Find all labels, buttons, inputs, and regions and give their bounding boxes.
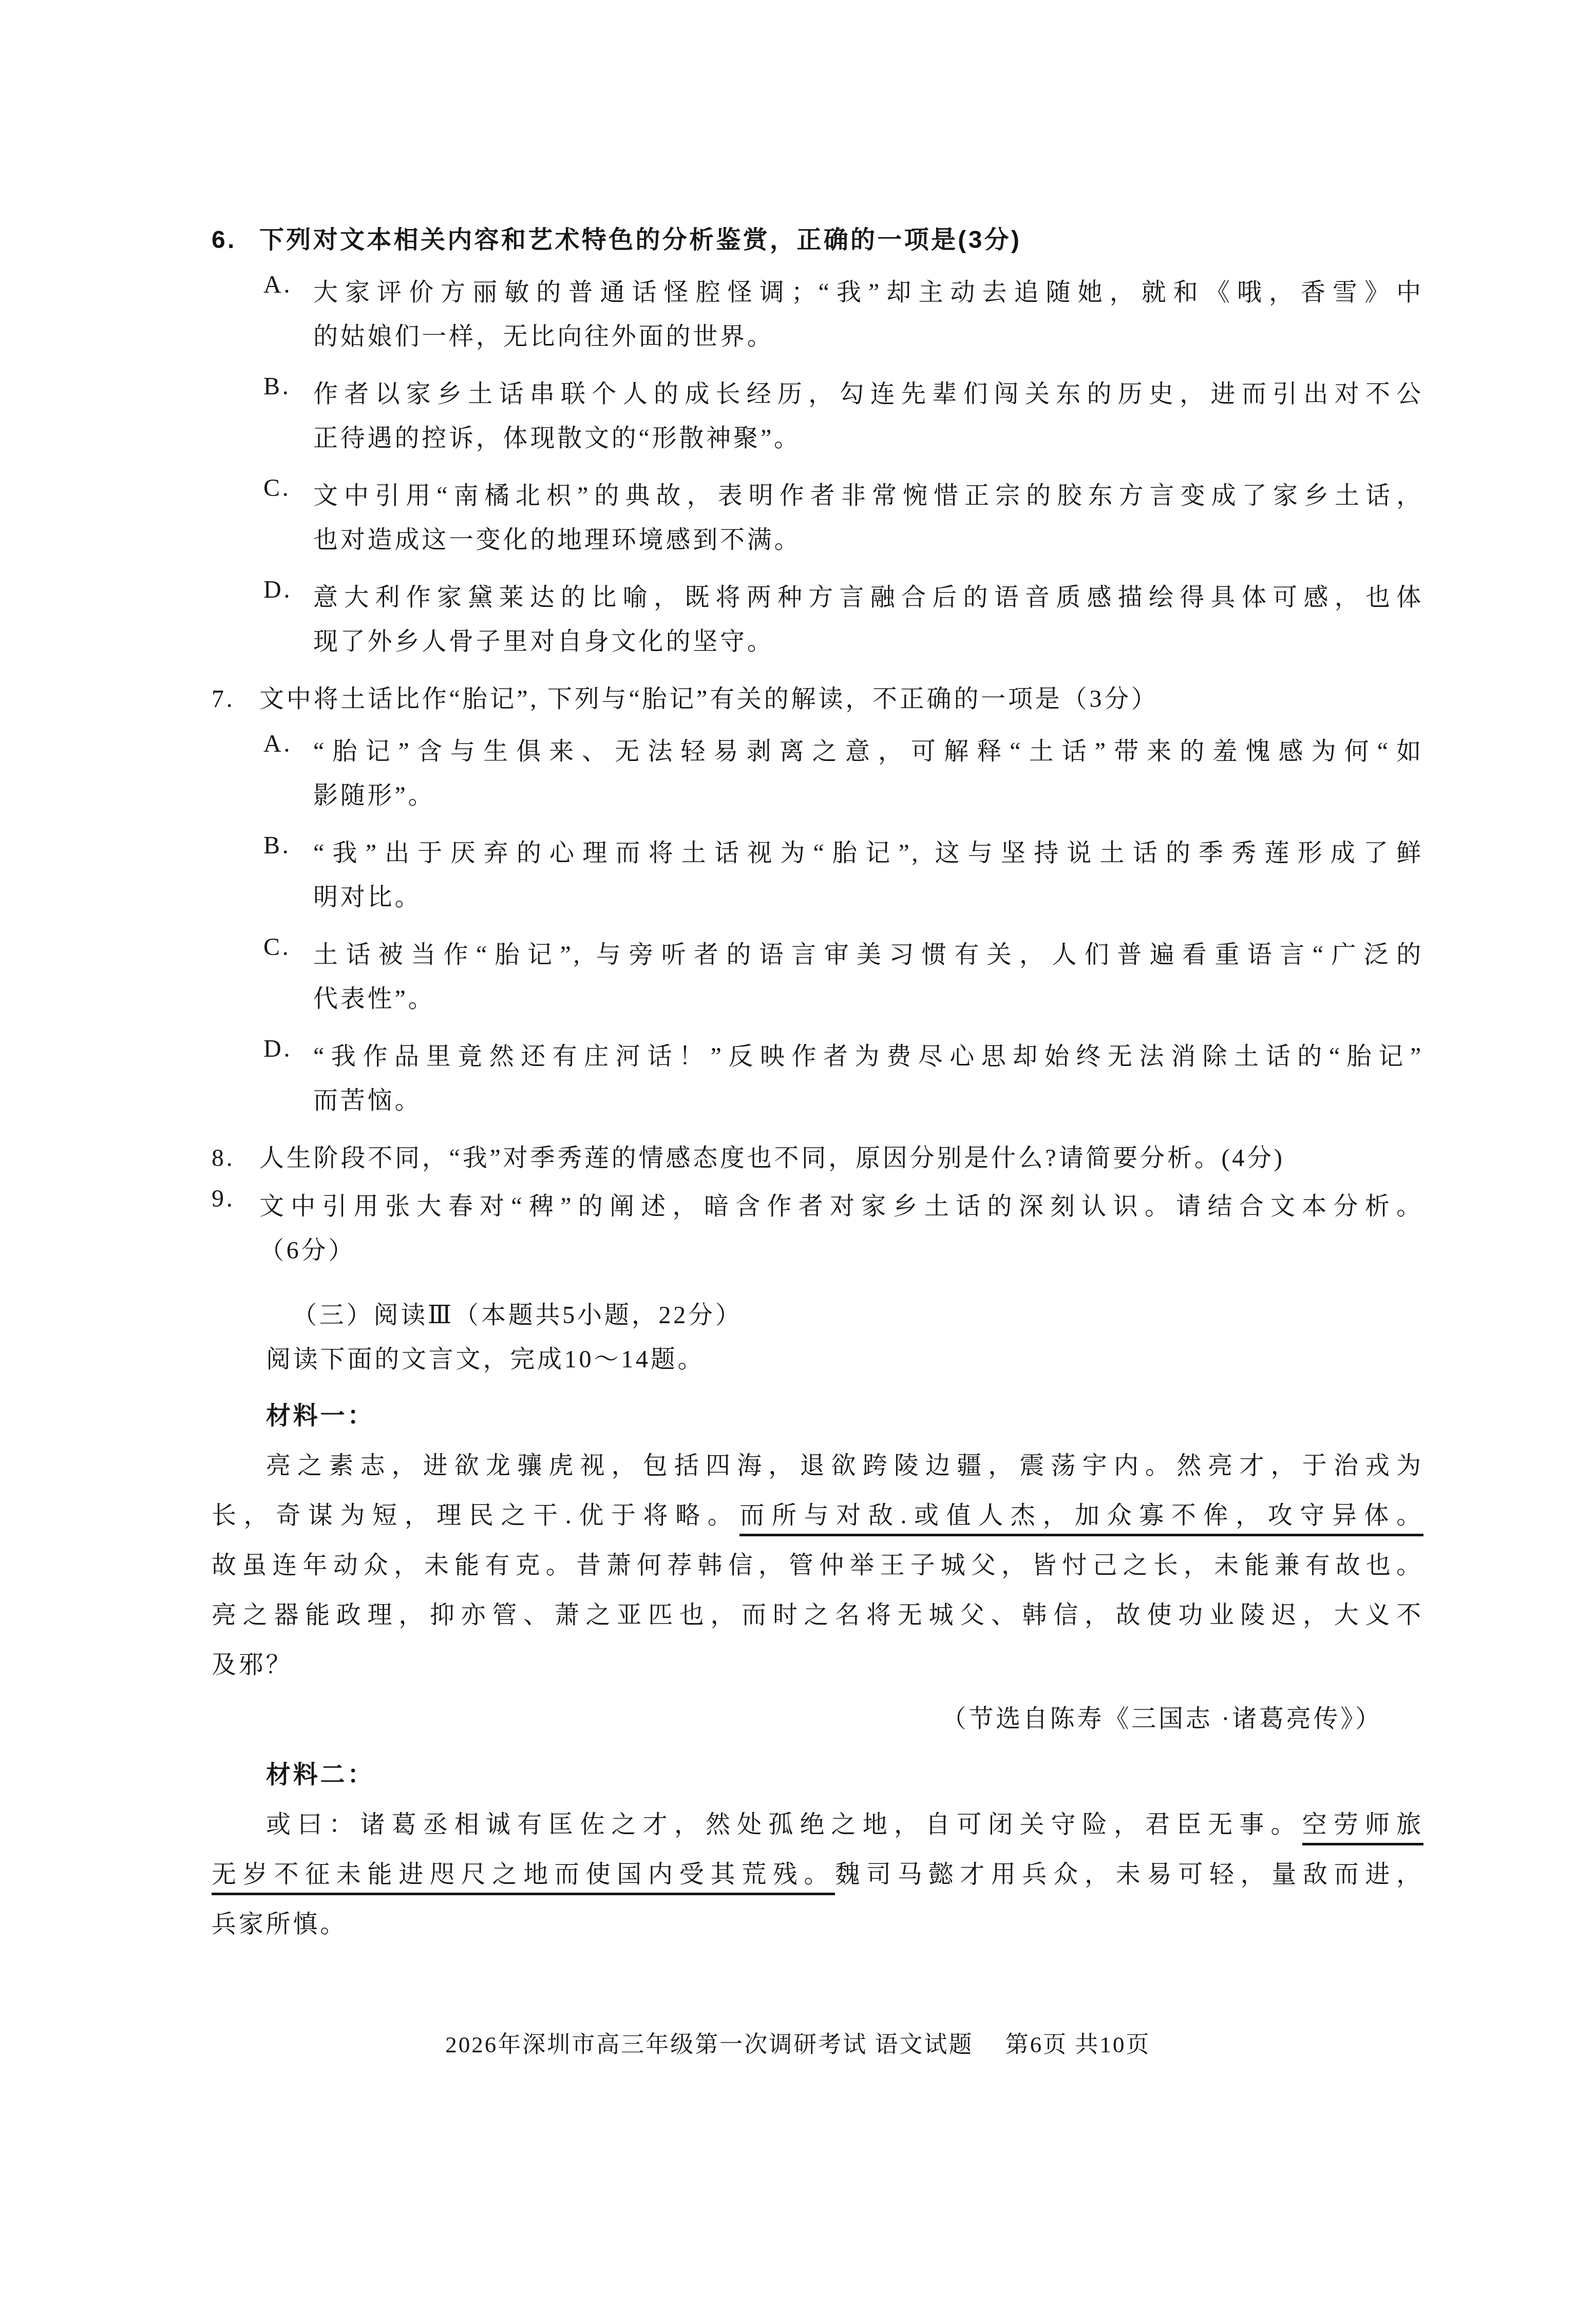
- option-letter: D.: [263, 1035, 292, 1063]
- option-text-line: 也对造成这一变化的地理环境感到不满。: [313, 518, 1423, 562]
- question-6-option-c: C. 文中引用“南橘北枳”的典故，表明作者非常惋惜正宗的胶东方言变成了家乡土话，…: [212, 474, 1423, 562]
- option-text-line: 明对比。: [313, 875, 1423, 920]
- option-text-line: 影随形”。: [313, 774, 1423, 818]
- material-two-text: 或曰：诸葛丞相诚有匡佐之才，然处孤绝之地，自可闭关守险，君臣无事。: [266, 1811, 1302, 1838]
- option-text-line: “我”出于厌弃的心理而将土话视为“胎记”, 这与坚持说土话的季秀莲形成了鲜: [313, 831, 1423, 875]
- option-letter: D.: [263, 576, 292, 604]
- question-6-option-d: D. 意大利作家黛莱达的比喻，既将两种方言融合后的语音质感描绘得具体可感，也体 …: [212, 576, 1423, 664]
- question-7-stem: 7. 文中将土话比作“胎记”, 下列与“胎记”有关的解读，不正确的一项是（3分）: [212, 677, 1423, 721]
- underlined-passage: 空劳师旅: [1302, 1811, 1423, 1845]
- underlined-passage: 而所与对敌.或值人杰，加众寡不侔，攻守异体。: [739, 1502, 1423, 1536]
- option-text-line: 文中引用“南橘北枳”的典故，表明作者非常惋惜正宗的胶东方言变成了家乡土话，: [313, 474, 1423, 518]
- question-7-text: 文中将土话比作“胎记”, 下列与“胎记”有关的解读，不正确的一项是（3分）: [259, 685, 1158, 713]
- option-text-line: 大家评价方丽敏的普通话怪腔怪调；“我”却主动去追随她，就和《哦，香雪》中: [313, 271, 1423, 315]
- material-two-line: 兵家所慎。: [212, 1899, 1423, 1949]
- question-7-option-a: A. “胎记”含与生俱来、无法轻易剥离之意，可解释“土话”带来的羞愧感为何“如 …: [212, 730, 1423, 818]
- question-8-stem: 8. 人生阶段不同，“我”对季秀莲的情感态度也不同，原因分别是什么?请简要分析。…: [212, 1136, 1423, 1180]
- question-9-text-line: 文中引用张大春对“稗”的阐述，暗含作者对家乡土话的深刻认识。请结合文本分析。: [259, 1185, 1423, 1229]
- option-letter: B.: [263, 372, 291, 401]
- question-6-number: 6.: [212, 218, 237, 262]
- material-one-line: 故虽连年动众，未能有克。昔萧何荐韩信，管仲举王子城父，皆忖己之长，未能兼有故也。: [212, 1540, 1423, 1590]
- material-one-label: 材料一：: [212, 1391, 1423, 1441]
- material-one-line: 及邪？: [212, 1640, 1423, 1690]
- question-9-stem: 9. 文中引用张大春对“稗”的阐述，暗含作者对家乡土话的深刻认识。请结合文本分析…: [212, 1185, 1423, 1273]
- section-3-heading: （三）阅读Ⅲ（本题共5小题，22分）: [212, 1293, 1423, 1338]
- option-letter: C.: [263, 933, 291, 961]
- option-text-line: 土话被当作“胎记”, 与旁听者的语言审美习惯有关，人们普遍看重语言“广泛的: [313, 933, 1423, 977]
- option-text-line: 意大利作家黛莱达的比喻，既将两种方言融合后的语音质感描绘得具体可感，也体: [313, 576, 1423, 620]
- exam-content: 6. 下列对文本相关内容和艺术特色的分析鉴赏，正确的一项是(3分) A. 大家评…: [212, 218, 1423, 1949]
- option-text-line: 而苦恼。: [313, 1079, 1423, 1123]
- option-letter: A.: [263, 271, 292, 299]
- question-6-stem: 6. 下列对文本相关内容和艺术特色的分析鉴赏，正确的一项是(3分): [212, 218, 1423, 262]
- option-text-line: 正待遇的控诉，体现散文的“形散神聚”。: [313, 416, 1423, 461]
- underlined-passage: 无岁不征未能进咫尺之地而使国内受其荒残。: [212, 1861, 835, 1895]
- option-letter: B.: [263, 831, 291, 860]
- question-7-option-c: C. 土话被当作“胎记”, 与旁听者的语言审美习惯有关，人们普遍看重语言“广泛的…: [212, 933, 1423, 1021]
- option-text-line: 代表性”。: [313, 977, 1423, 1021]
- question-8-number: 8.: [212, 1136, 235, 1180]
- material-two-text: 魏司马懿才用兵众，未易可轻，量敌而进，: [835, 1861, 1423, 1888]
- question-9-number: 9.: [212, 1185, 235, 1213]
- material-one-text: 长，奇谋为短，理民之干.优于将略。: [212, 1502, 739, 1529]
- question-6-option-b: B. 作者以家乡土话串联个人的成长经历，勾连先辈们闯关东的历史，进而引出对不公 …: [212, 372, 1423, 461]
- material-two-line: 或曰：诸葛丞相诚有匡佐之才，然处孤绝之地，自可闭关守险，君臣无事。空劳师旅: [212, 1800, 1423, 1850]
- question-6-option-a: A. 大家评价方丽敏的普通话怪腔怪调；“我”却主动去追随她，就和《哦，香雪》中 …: [212, 271, 1423, 359]
- page-footer: 2026年深圳市高三年级第一次调研考试 语文试题 第6页 共10页: [0, 2029, 1596, 2060]
- question-7-number: 7.: [212, 677, 235, 721]
- option-text-line: 的姑娘们一样，无比向往外面的世界。: [313, 315, 1423, 359]
- material-two-label: 材料二：: [212, 1750, 1423, 1800]
- option-text-line: “胎记”含与生俱来、无法轻易剥离之意，可解释“土话”带来的羞愧感为何“如: [313, 730, 1423, 774]
- option-text-line: 作者以家乡土话串联个人的成长经历，勾连先辈们闯关东的历史，进而引出对不公: [313, 372, 1423, 416]
- question-7-option-b: B. “我”出于厌弃的心理而将土话视为“胎记”, 这与坚持说土话的季秀莲形成了鲜…: [212, 831, 1423, 920]
- material-one-source: （节选自陈寿《三国志 ·诸葛亮传》）: [212, 1694, 1423, 1744]
- question-9-score: （6分）: [259, 1229, 1423, 1273]
- section-3-instruction: 阅读下面的文言文，完成10～14题。: [212, 1338, 1423, 1382]
- option-text-line: “我作品里竟然还有庄河话！”反映作者为费尽心思却始终无法消除土话的“胎记”: [313, 1035, 1423, 1079]
- material-one-line: 亮之器能政理，抑亦管、萧之亚匹也，而时之名将无城父、韩信，故使功业陵迟，大义不: [212, 1590, 1423, 1640]
- question-7-option-d: D. “我作品里竟然还有庄河话！”反映作者为费尽心思却始终无法消除土话的“胎记”…: [212, 1035, 1423, 1123]
- question-6-text: 下列对文本相关内容和艺术特色的分析鉴赏，正确的一项是(3分): [259, 226, 1021, 254]
- option-letter: C.: [263, 474, 291, 502]
- material-two-line: 无岁不征未能进咫尺之地而使国内受其荒残。魏司马懿才用兵众，未易可轻，量敌而进，: [212, 1850, 1423, 1899]
- option-letter: A.: [263, 730, 292, 758]
- material-one-line: 亮之素志，进欲龙骧虎视，包括四海，退欲跨陵边疆，震荡宇内。然亮才，于治戎为: [212, 1441, 1423, 1491]
- question-8-text: 人生阶段不同，“我”对季秀莲的情感态度也不同，原因分别是什么?请简要分析。(4分…: [259, 1145, 1285, 1172]
- material-one-line: 长，奇谋为短，理民之干.优于将略。而所与对敌.或值人杰，加众寡不侔，攻守异体。: [212, 1491, 1423, 1540]
- option-text-line: 现了外乡人骨子里对自身文化的坚守。: [313, 620, 1423, 664]
- exam-paper-page: 6. 下列对文本相关内容和艺术特色的分析鉴赏，正确的一项是(3分) A. 大家评…: [0, 0, 1596, 2306]
